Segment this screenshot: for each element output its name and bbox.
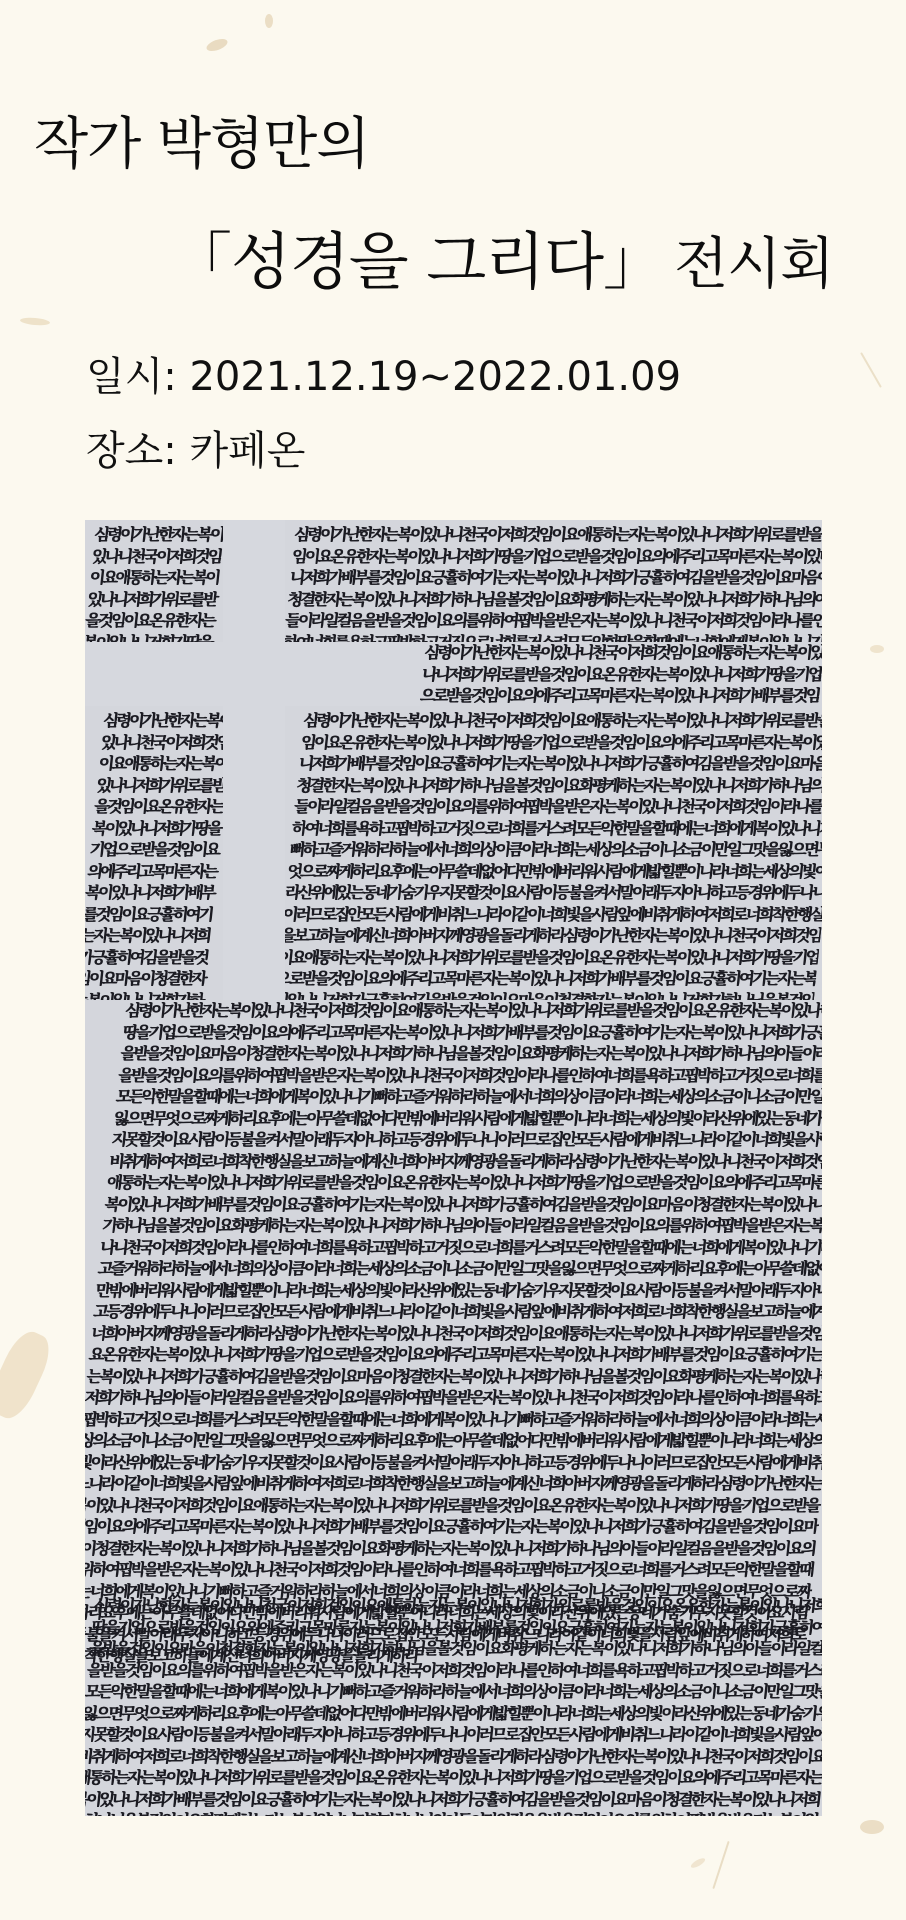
date-label: 일시: — [86, 354, 177, 400]
cross-horizontal-bar — [85, 642, 420, 706]
paper-fleck — [205, 37, 229, 54]
scripture-block-middle-right: 심령이가난한자는복이있나니천국이저희것임이요애통하는자는복이있나니저희가위로를받… — [274, 710, 822, 1000]
paper-fleck — [860, 352, 882, 388]
paper-fleck — [870, 645, 884, 653]
scripture-block-right-notch: 심령이가난한자는복이있나니천국이저희것임이요애통하는자는복이있나니저희가위로를받… — [419, 642, 822, 706]
place-value: 카페온 — [189, 428, 305, 474]
scripture-block-bottom-continued: 심령이가난한자는복이있나니천국이저희것임이요애통하는자는복이있나니저희가위로를받… — [85, 1595, 822, 1816]
scripture-block-middle-left: 심령이가난한자는복이있나니천국이저희것임이요애통하는자는복이있나니저희가위로를받… — [85, 710, 240, 1000]
place-label: 장소: — [86, 428, 177, 474]
paper-fleck — [20, 317, 50, 327]
poster-title-line1: 작가 박형만의 — [34, 110, 369, 180]
paper-fleck — [712, 1841, 729, 1889]
artwork-image: 심령이가난한자는복이있나니천국이저희것임이요애통하는자는복이있나니저희가위로를받… — [85, 520, 822, 1816]
date-value: 2021.12.19~2022.01.09 — [189, 354, 681, 400]
poster-title-line2: 「성경을 그리다」전시회 — [170, 222, 833, 305]
exhibition-date: 일시: 2021.12.19~2022.01.09 — [86, 352, 681, 402]
exhibition-suffix: 전시회 — [674, 232, 833, 297]
exhibition-name: 「성경을 그리다」 — [170, 225, 664, 298]
paper-fleck — [0, 1326, 57, 1424]
paper-fleck — [265, 14, 273, 28]
scripture-block-top-right: 심령이가난한자는복이있나니천국이저희것임이요애통하는자는복이있나니저희가위로를받… — [283, 524, 822, 642]
exhibition-place: 장소: 카페온 — [86, 426, 305, 476]
cross-vertical-bar — [223, 520, 285, 1000]
scripture-block-top-left: 심령이가난한자는복이있나니천국이저희것임이요애통하는자는복이있나니저희가위로를받… — [85, 524, 231, 642]
paper-fleck — [860, 1820, 884, 1834]
paper-fleck — [690, 1856, 707, 1869]
